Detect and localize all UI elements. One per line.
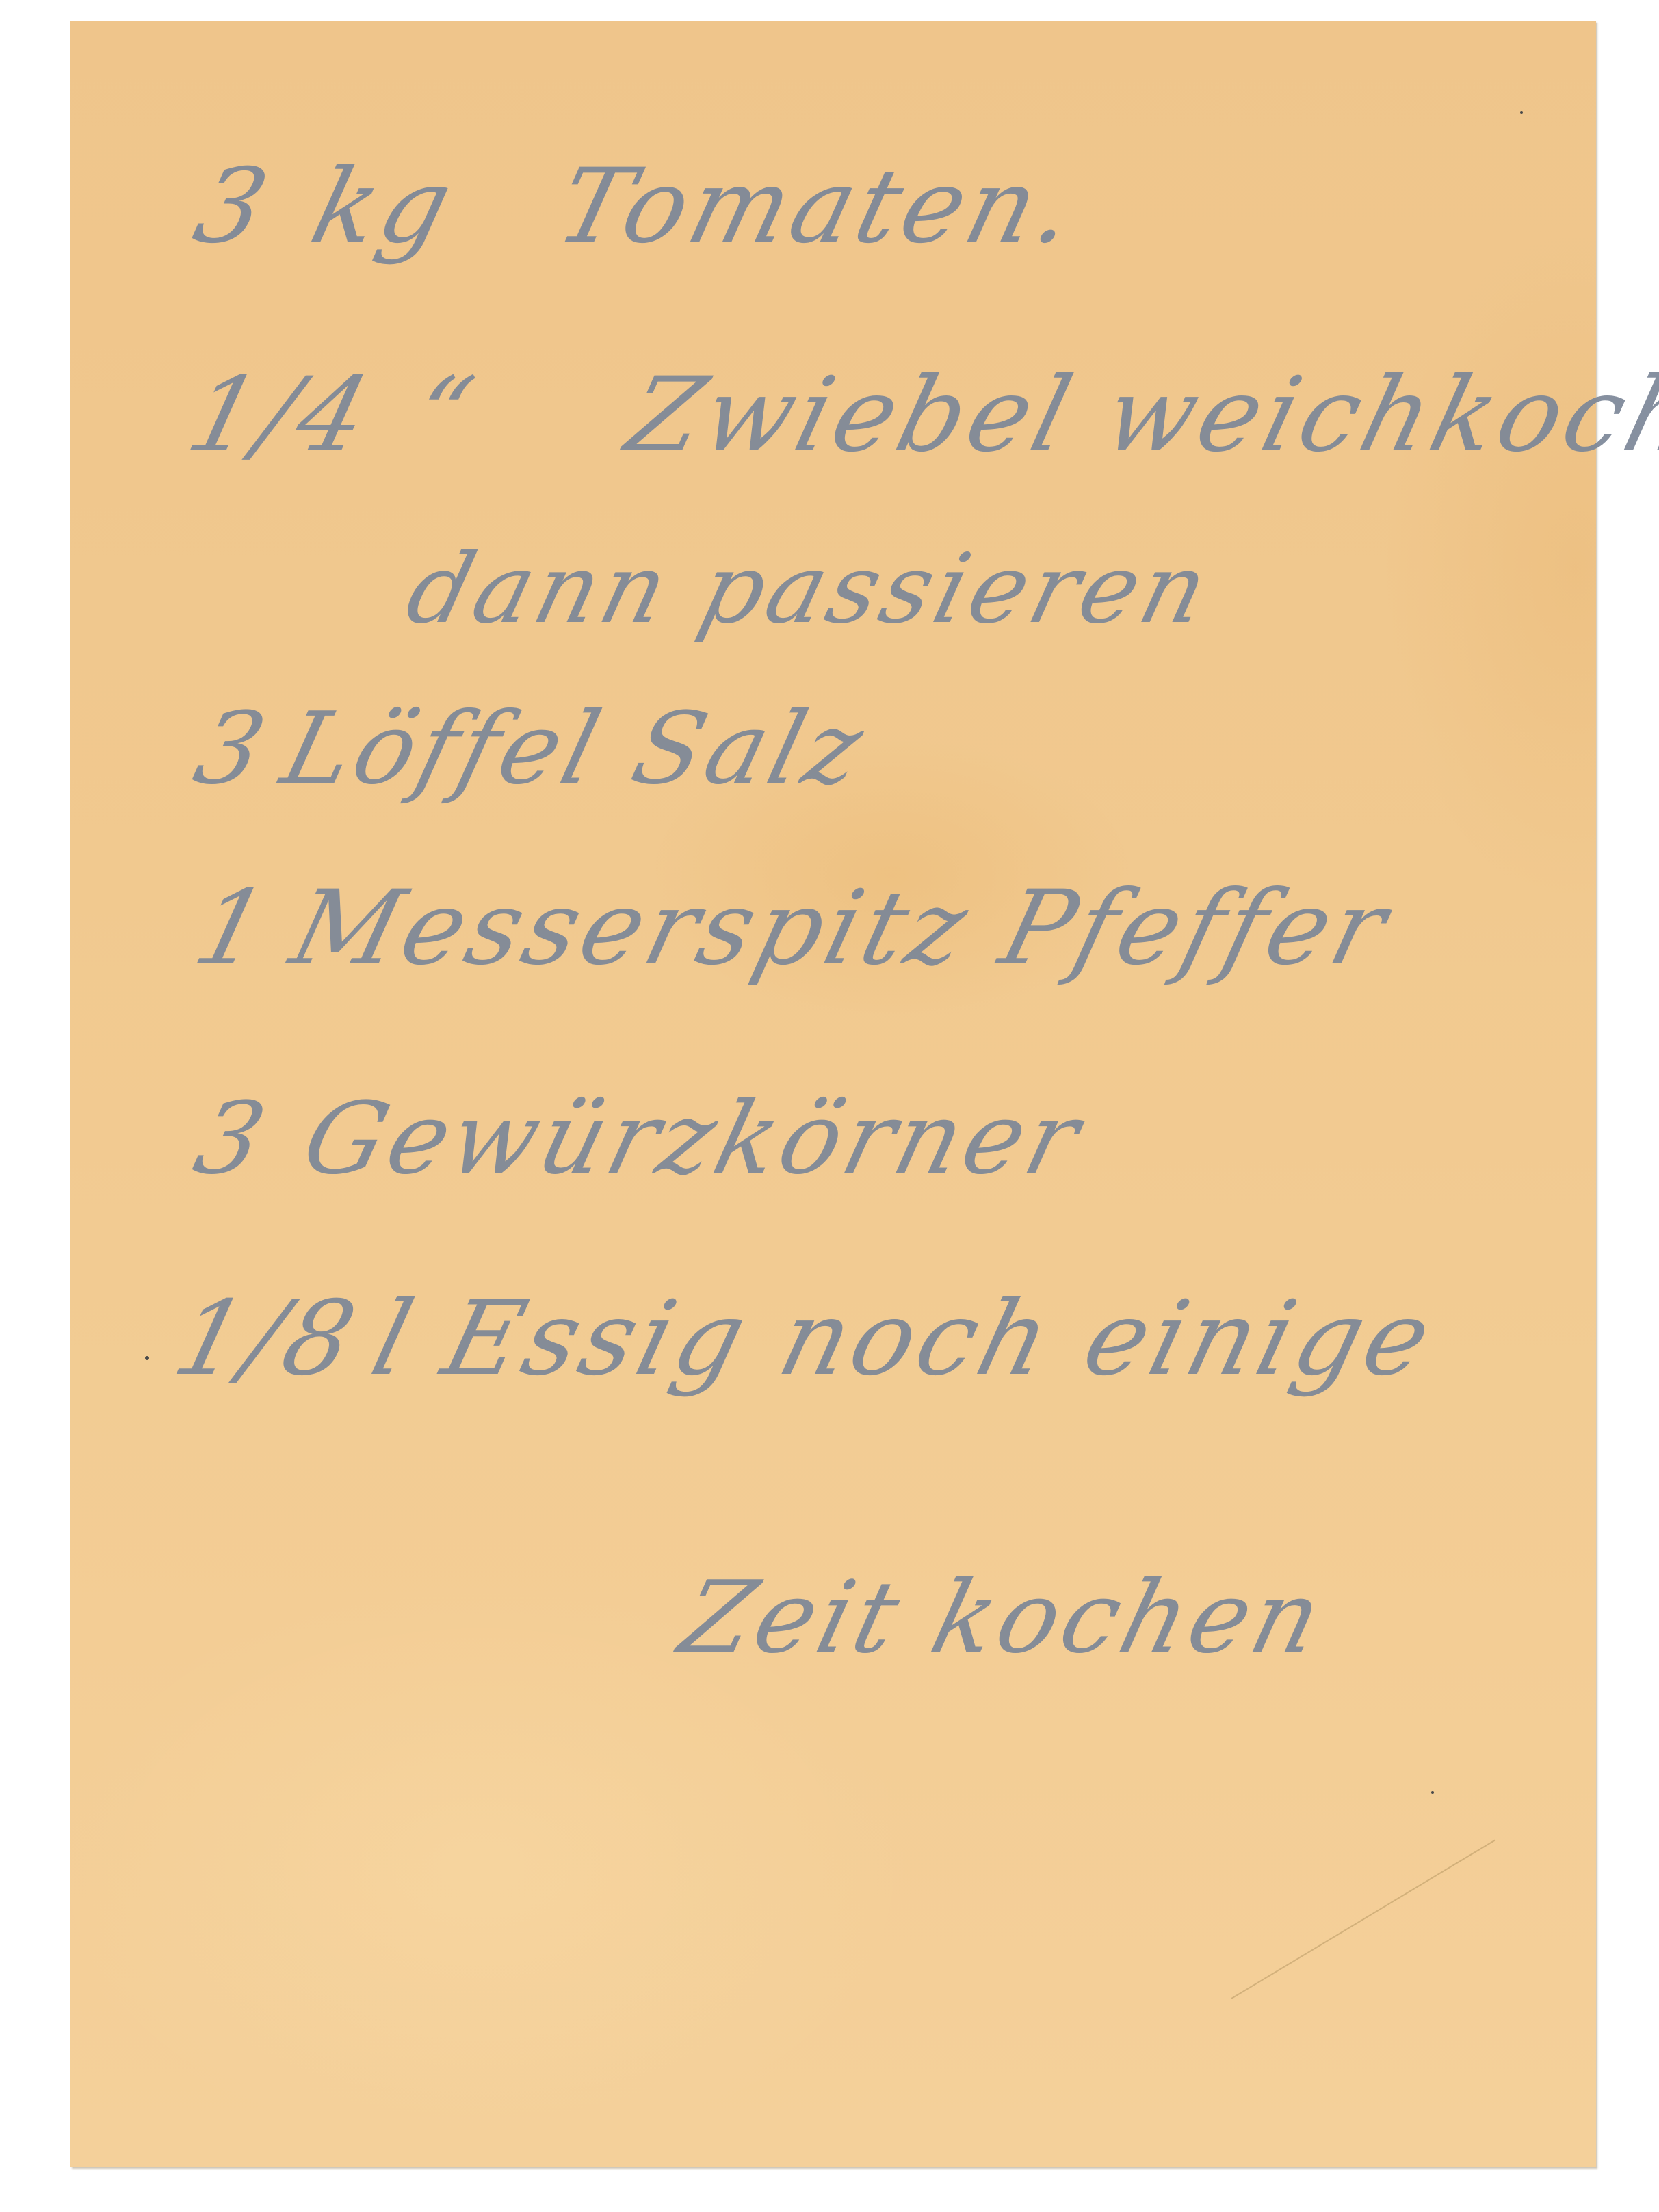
paper-speck [1431,1791,1434,1794]
unit: l [361,1279,428,1398]
ingredient: Essig noch einige [432,1279,1446,1398]
ingredient: Tomaten. [547,147,1090,266]
recipe-line-tomatoes: 3kgTomaten. [183,147,1090,266]
ingredient: Messerspitz Pfeffer [280,869,1402,988]
ingredient: Zwiebel weichkochen [616,356,1659,475]
recipe-line-allspice: 3Gewürzkörner [184,1081,1094,1197]
quantity: 1/4 [177,356,384,475]
ingredient: Löffel Salz [272,691,878,807]
paper-speck [1520,111,1523,114]
quantity: 1/8 [163,1279,370,1398]
recipe-line-cook-time: Zeit kochen [670,1560,1336,1676]
unit: “ [402,356,488,475]
recipe-line-pepper: 1Messerspitz Pfeffer [183,869,1401,988]
paper-speck [145,1356,149,1360]
unit: kg [301,147,467,266]
instruction: dann passieren [397,534,1223,645]
recipe-line-onions: 1/4“Zwiebel weichkochen [177,356,1659,475]
recipe-line-salt: 3Löffel Salz [184,691,878,807]
ingredient: Gewürzkörner [292,1081,1094,1197]
recipe-line-vinegar: 1/8lEssig noch einige [163,1279,1446,1398]
recipe-line-strain: dann passieren [397,534,1223,645]
instruction: Zeit kochen [670,1560,1336,1676]
